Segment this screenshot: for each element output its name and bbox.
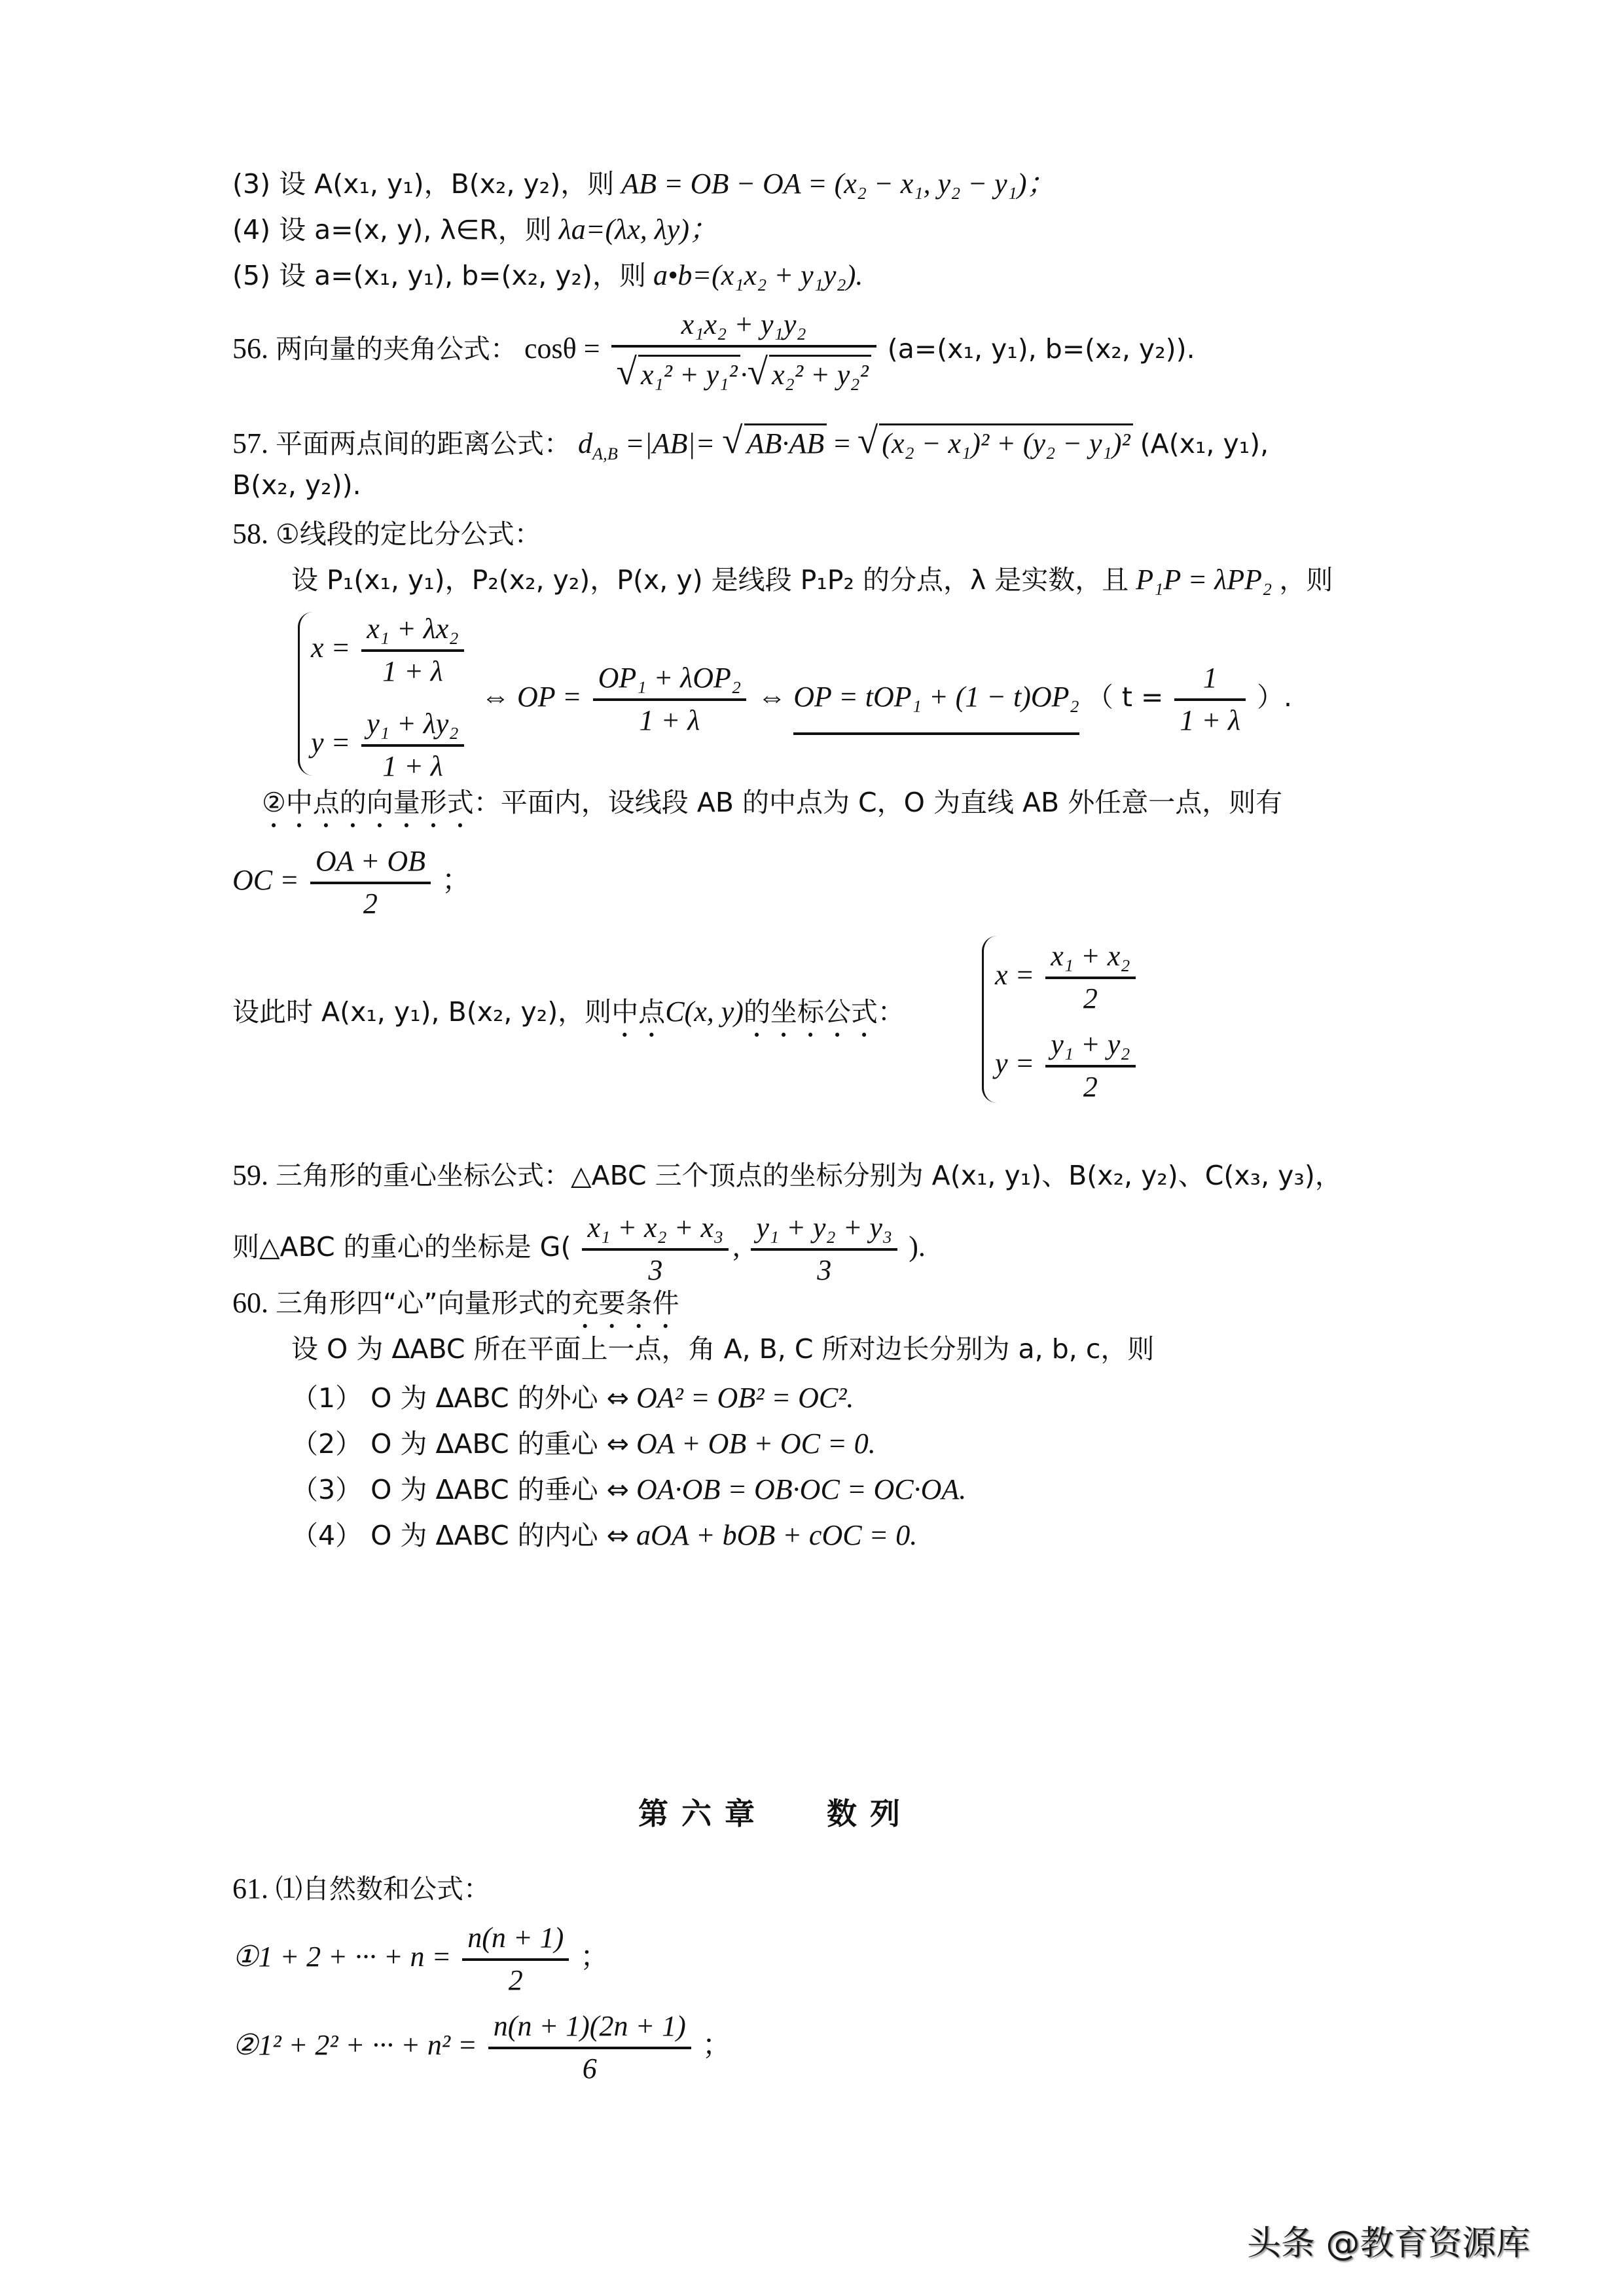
midpoint-coord-desc: 设此时 A(x₁, y₁), B(x₂, y₂)，则中点C(x, y)的坐标公式… [232, 995, 905, 1043]
x-ratio-formula: x = x₁ + λx₂1 + λ [311, 612, 468, 689]
section-57-cont: B(x₂, y₂)). [232, 468, 361, 503]
section-title: 两向量的夹角公式： [276, 333, 517, 365]
section-60-desc: 设 O 为 ΔABC 所在平面上一点，角 A, B, C 所对边长分别为 a, … [291, 1332, 1154, 1367]
chapter-title: 第六章数列 [638, 1790, 913, 1833]
section-56: 56. 两向量的夹角公式： cosθ = x₁x₂ + y₁y₂ √x₁² + … [232, 308, 1195, 395]
incenter-condition: （4） O 为 ΔABC 的内心 ⇔ aOA + bOB + cOC = 0. [291, 1518, 917, 1553]
section-59: 59. 三角形的重心坐标公式：△ABC 三个顶点的坐标分别为 A(x₁, y₁)… [232, 1158, 1342, 1193]
section-title: 平面两点间的距离公式： [276, 428, 571, 459]
angle-fraction: x₁x₂ + y₁y₂ √x₁² + y₁²·√x₂² + y₂² [611, 308, 876, 395]
section-number: 61. [232, 1873, 268, 1905]
centroid-condition: （2） O 为 ΔABC 的重心 ⇔ OA + OB + OC = 0. [291, 1427, 876, 1462]
condition: (a=(x₁, y₁), b=(x₂, y₂)). [888, 333, 1195, 365]
mid-y-formula: y = y₁ + y₂2 [995, 1028, 1140, 1105]
centroid-formula: 则△ABC 的重心的坐标是 G( x₁ + x₂ + x₃3, y₁ + y₂ … [232, 1211, 926, 1288]
section-58-heading: 58. ①线段的定比分公式： [232, 517, 541, 552]
orthocenter-condition: （3） O 为 ΔABC 的垂心 ⇔ OA·OB = OB·OC = OC·OA… [291, 1473, 966, 1507]
section-61: 61. ⑴自然数和公式： [232, 1872, 490, 1907]
section-58-desc: 设 P₁(x₁, y₁)，P₂(x₂, y₂)，P(x, y) 是线段 P₁P₂… [291, 563, 1333, 598]
section-number: 59. [232, 1159, 268, 1191]
item-5-label: (5) 设 a=(x₁, y₁), b=(x₂, y₂)，则 [232, 260, 646, 291]
circumcenter-condition: （1） O 为 ΔABC 的外心 ⇔ OA² = OB² = OC². [291, 1381, 854, 1416]
oc-formula: OC = OA + OB2 ； [232, 844, 471, 922]
vector-op-item-4: (4) 设 a=(x, y), λ∈R，则 λa=(λx, λy)； [232, 213, 718, 247]
y-ratio-formula: y = y₁ + λy₂1 + λ [311, 707, 468, 784]
section-60: 60. 三角形四“心”向量形式的充要条件 [232, 1286, 679, 1335]
section-number: 56. [232, 332, 268, 365]
item-3-label: (3) 设 A(x₁, y₁)，B(x₂, y₂)，则 [232, 168, 614, 200]
op-vector-formula: ⇔ OP = OP₁ + λOP₂1 + λ ⇔ OP = tOP₁ + (1 … [481, 661, 1292, 738]
sum-formula-2: ②1² + 2² + ··· + n² = n(n + 1)(2n + 1)6 … [232, 2009, 731, 2087]
item-4-expr: λa=(λx, λy)； [559, 213, 718, 245]
section-number: 58. [232, 518, 268, 550]
mid-x-formula: x = x₁ + x₂2 [995, 939, 1140, 1016]
section-number: 57. [232, 427, 268, 459]
item-4-label: (4) 设 a=(x, y), λ∈R，则 [232, 214, 552, 245]
item-3-expr: AB = OB − OA = (x₂ − x₁, y₂ − y₁)； [621, 168, 1055, 200]
vector-op-item-5: (5) 设 a=(x₁, y₁), b=(x₂, y₂)，则 a•b=(x₁x₂… [232, 259, 863, 293]
watermark: 头条 @教育资源库 [1247, 2215, 1530, 2265]
sum-formula-1: ①1 + 2 + ··· + n = n(n + 1)2 ； [232, 1921, 609, 1998]
midpoint-vector-desc: ②中点的向量形式：平面内，设线段 AB 的中点为 C，O 为直线 AB 外任意一… [262, 785, 1282, 834]
vector-op-item-3: (3) 设 A(x₁, y₁)，B(x₂, y₂)，则 AB = OB − OA… [232, 167, 1056, 202]
section-57: 57. 平面两点间的距离公式： dA,B =|AB|= √AB·AB = √(x… [232, 419, 1269, 464]
item-5-expr: a•b=(x₁x₂ + y₁y₂). [653, 259, 863, 291]
cos-lhs: cosθ = [524, 332, 600, 365]
section-number: 60. [232, 1287, 268, 1319]
